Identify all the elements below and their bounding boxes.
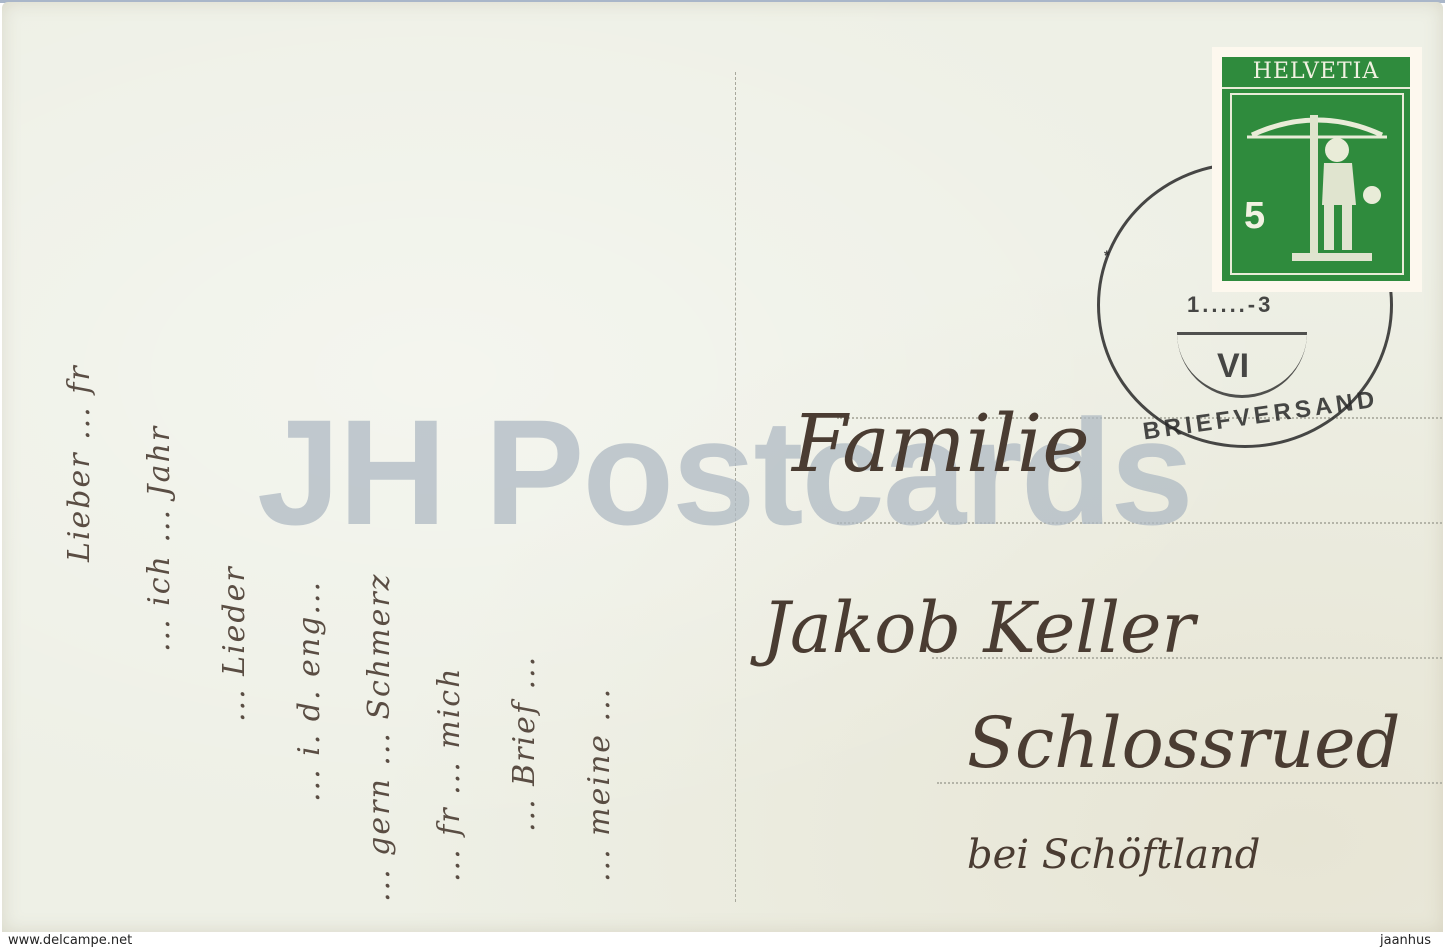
message-line: ... gern ... Schmerz xyxy=(362,573,397,902)
message-line: ... Lieder xyxy=(217,565,252,722)
message-line: ... meine ... xyxy=(582,687,617,882)
message-line: Lieber ... fr xyxy=(62,364,97,562)
postage-stamp: HELVETIA 5 xyxy=(1212,47,1422,292)
postcard-back: Lieber ... fr ... ich ... Jahr ... Liede… xyxy=(2,2,1443,932)
message-line: ... i. d. eng... xyxy=(292,580,327,802)
postmark-code: VI xyxy=(1217,347,1249,386)
stamp-value: 5 xyxy=(1244,195,1265,238)
address-line-3: Schlossrued xyxy=(967,702,1400,784)
postmark-date: 1.....-3 xyxy=(1187,292,1273,318)
stamp-body: HELVETIA 5 xyxy=(1222,57,1410,281)
message-line: ... fr ... mich xyxy=(432,667,467,882)
postmark-star: * xyxy=(1104,247,1109,263)
address-line-4: bei Schöftland xyxy=(967,832,1260,878)
crossbow-boy-icon xyxy=(1232,95,1402,273)
stamp-frame xyxy=(1230,93,1404,275)
address-line-2: Jakob Keller xyxy=(762,587,1195,669)
message-line: ... ich ... Jahr xyxy=(142,425,177,652)
seller-credit: jaanhus xyxy=(1380,933,1431,948)
source-credit: www.delcampe.net xyxy=(8,933,132,948)
stamp-country: HELVETIA xyxy=(1222,57,1410,89)
message-line: ... Brief ... xyxy=(507,655,542,832)
address-line-1: Familie xyxy=(792,397,1090,490)
